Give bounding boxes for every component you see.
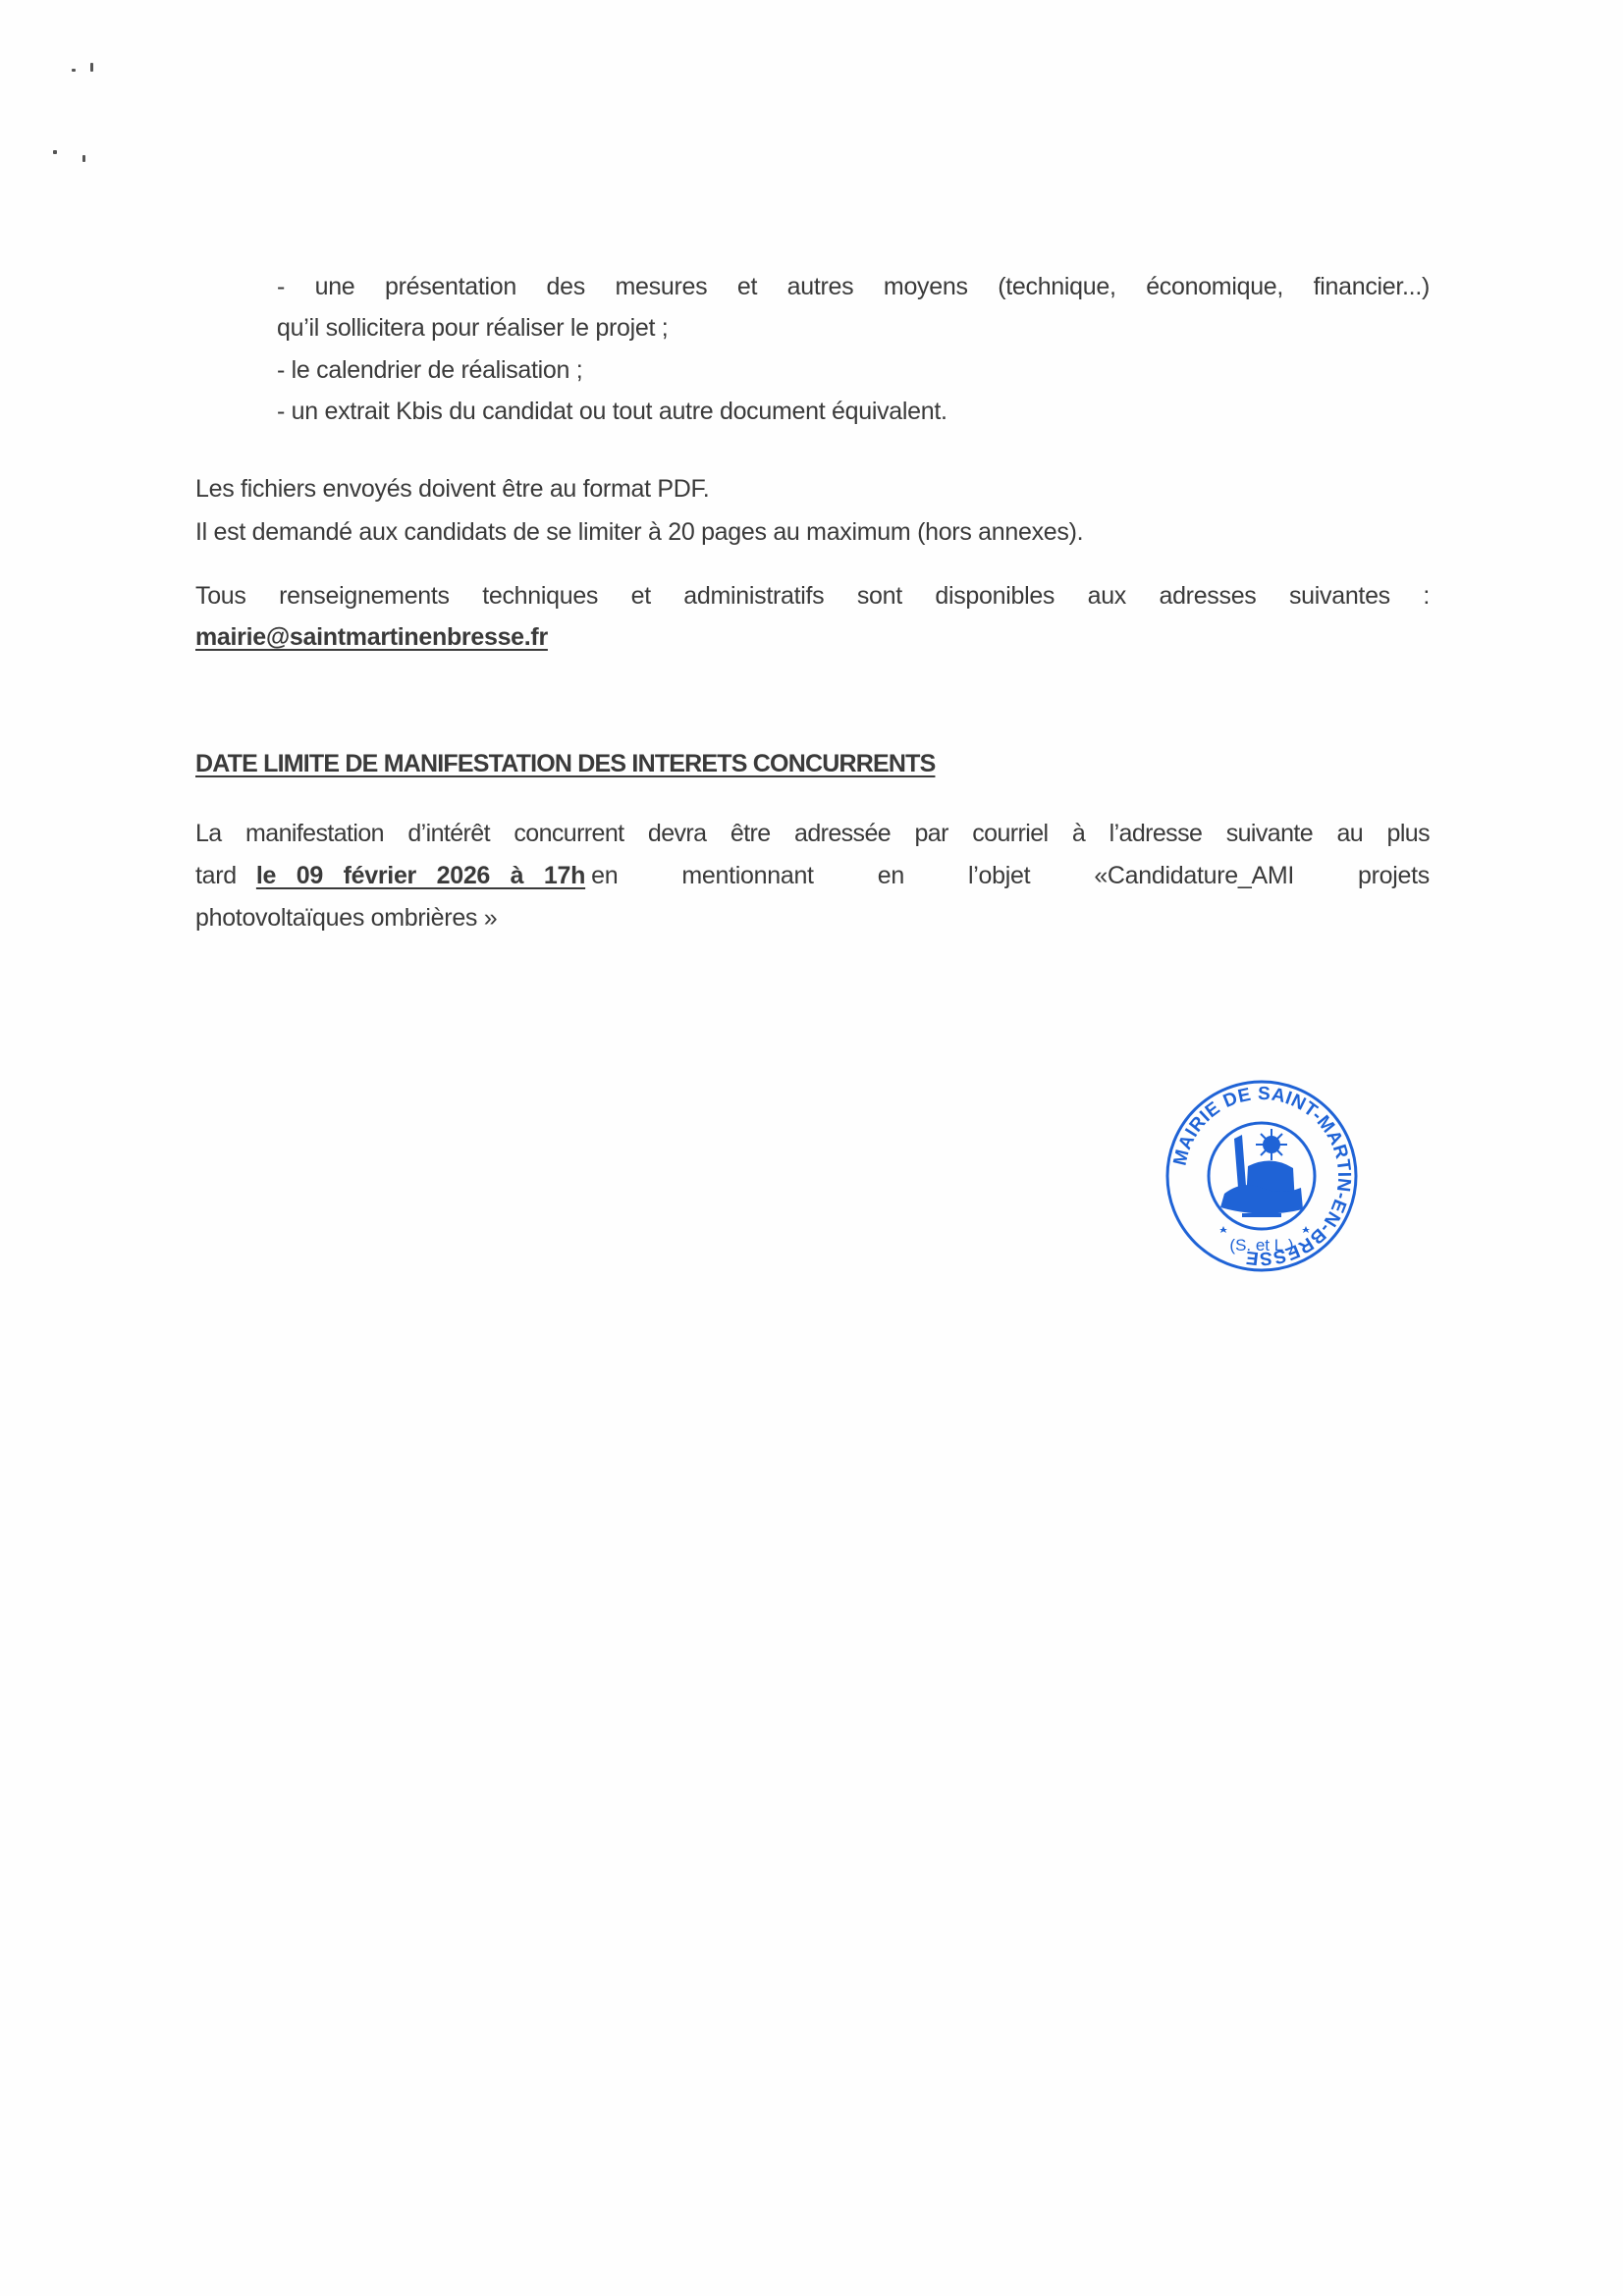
deadline-subject: en mentionnant en l’objet «Candidature_A… — [591, 861, 1430, 890]
page-limit-note: Il est demandé aux candidats de se limit… — [195, 517, 1083, 547]
deadline-line-3: photovoltaïques ombrières » — [195, 903, 497, 933]
scan-smudge — [72, 69, 76, 72]
bullet-calendar: - le calendrier de réalisation ; — [277, 355, 582, 385]
contact-email-link[interactable]: mairie@saintmartinenbresse.fr — [195, 622, 548, 652]
scan-smudge — [82, 155, 85, 162]
scan-smudge — [53, 150, 57, 154]
deadline-date: le 09 février 2026 à 17h — [256, 861, 585, 890]
scan-smudge — [90, 63, 93, 72]
deadline-heading: DATE LIMITE DE MANIFESTATION DES INTERET… — [195, 749, 935, 778]
document-page: - une présentation des mesures et autres… — [0, 0, 1623, 2296]
format-note: Les fichiers envoyés doivent être au for… — [195, 474, 709, 504]
svg-text:(S. et L.): (S. et L.) — [1229, 1236, 1293, 1255]
bullet-presentation-cont: qu’il sollicitera pour réaliser le proje… — [277, 313, 668, 343]
mairie-stamp-icon: MAIRIE DE SAINT-MARTIN-EN-BRESSE (S. et … — [1163, 1078, 1360, 1274]
deadline-tard: tard — [195, 861, 237, 890]
deadline-line-1: La manifestation d’intérêt concurrent de… — [195, 819, 1430, 848]
deadline-line-2: tard le 09 février 2026 à 17h en mention… — [195, 861, 1430, 890]
bullet-presentation: - une présentation des mesures et autres… — [277, 272, 1430, 301]
bullet-kbis: - un extrait Kbis du candidat ou tout au… — [277, 397, 947, 426]
contact-intro: Tous renseignements techniques et admini… — [195, 581, 1430, 611]
